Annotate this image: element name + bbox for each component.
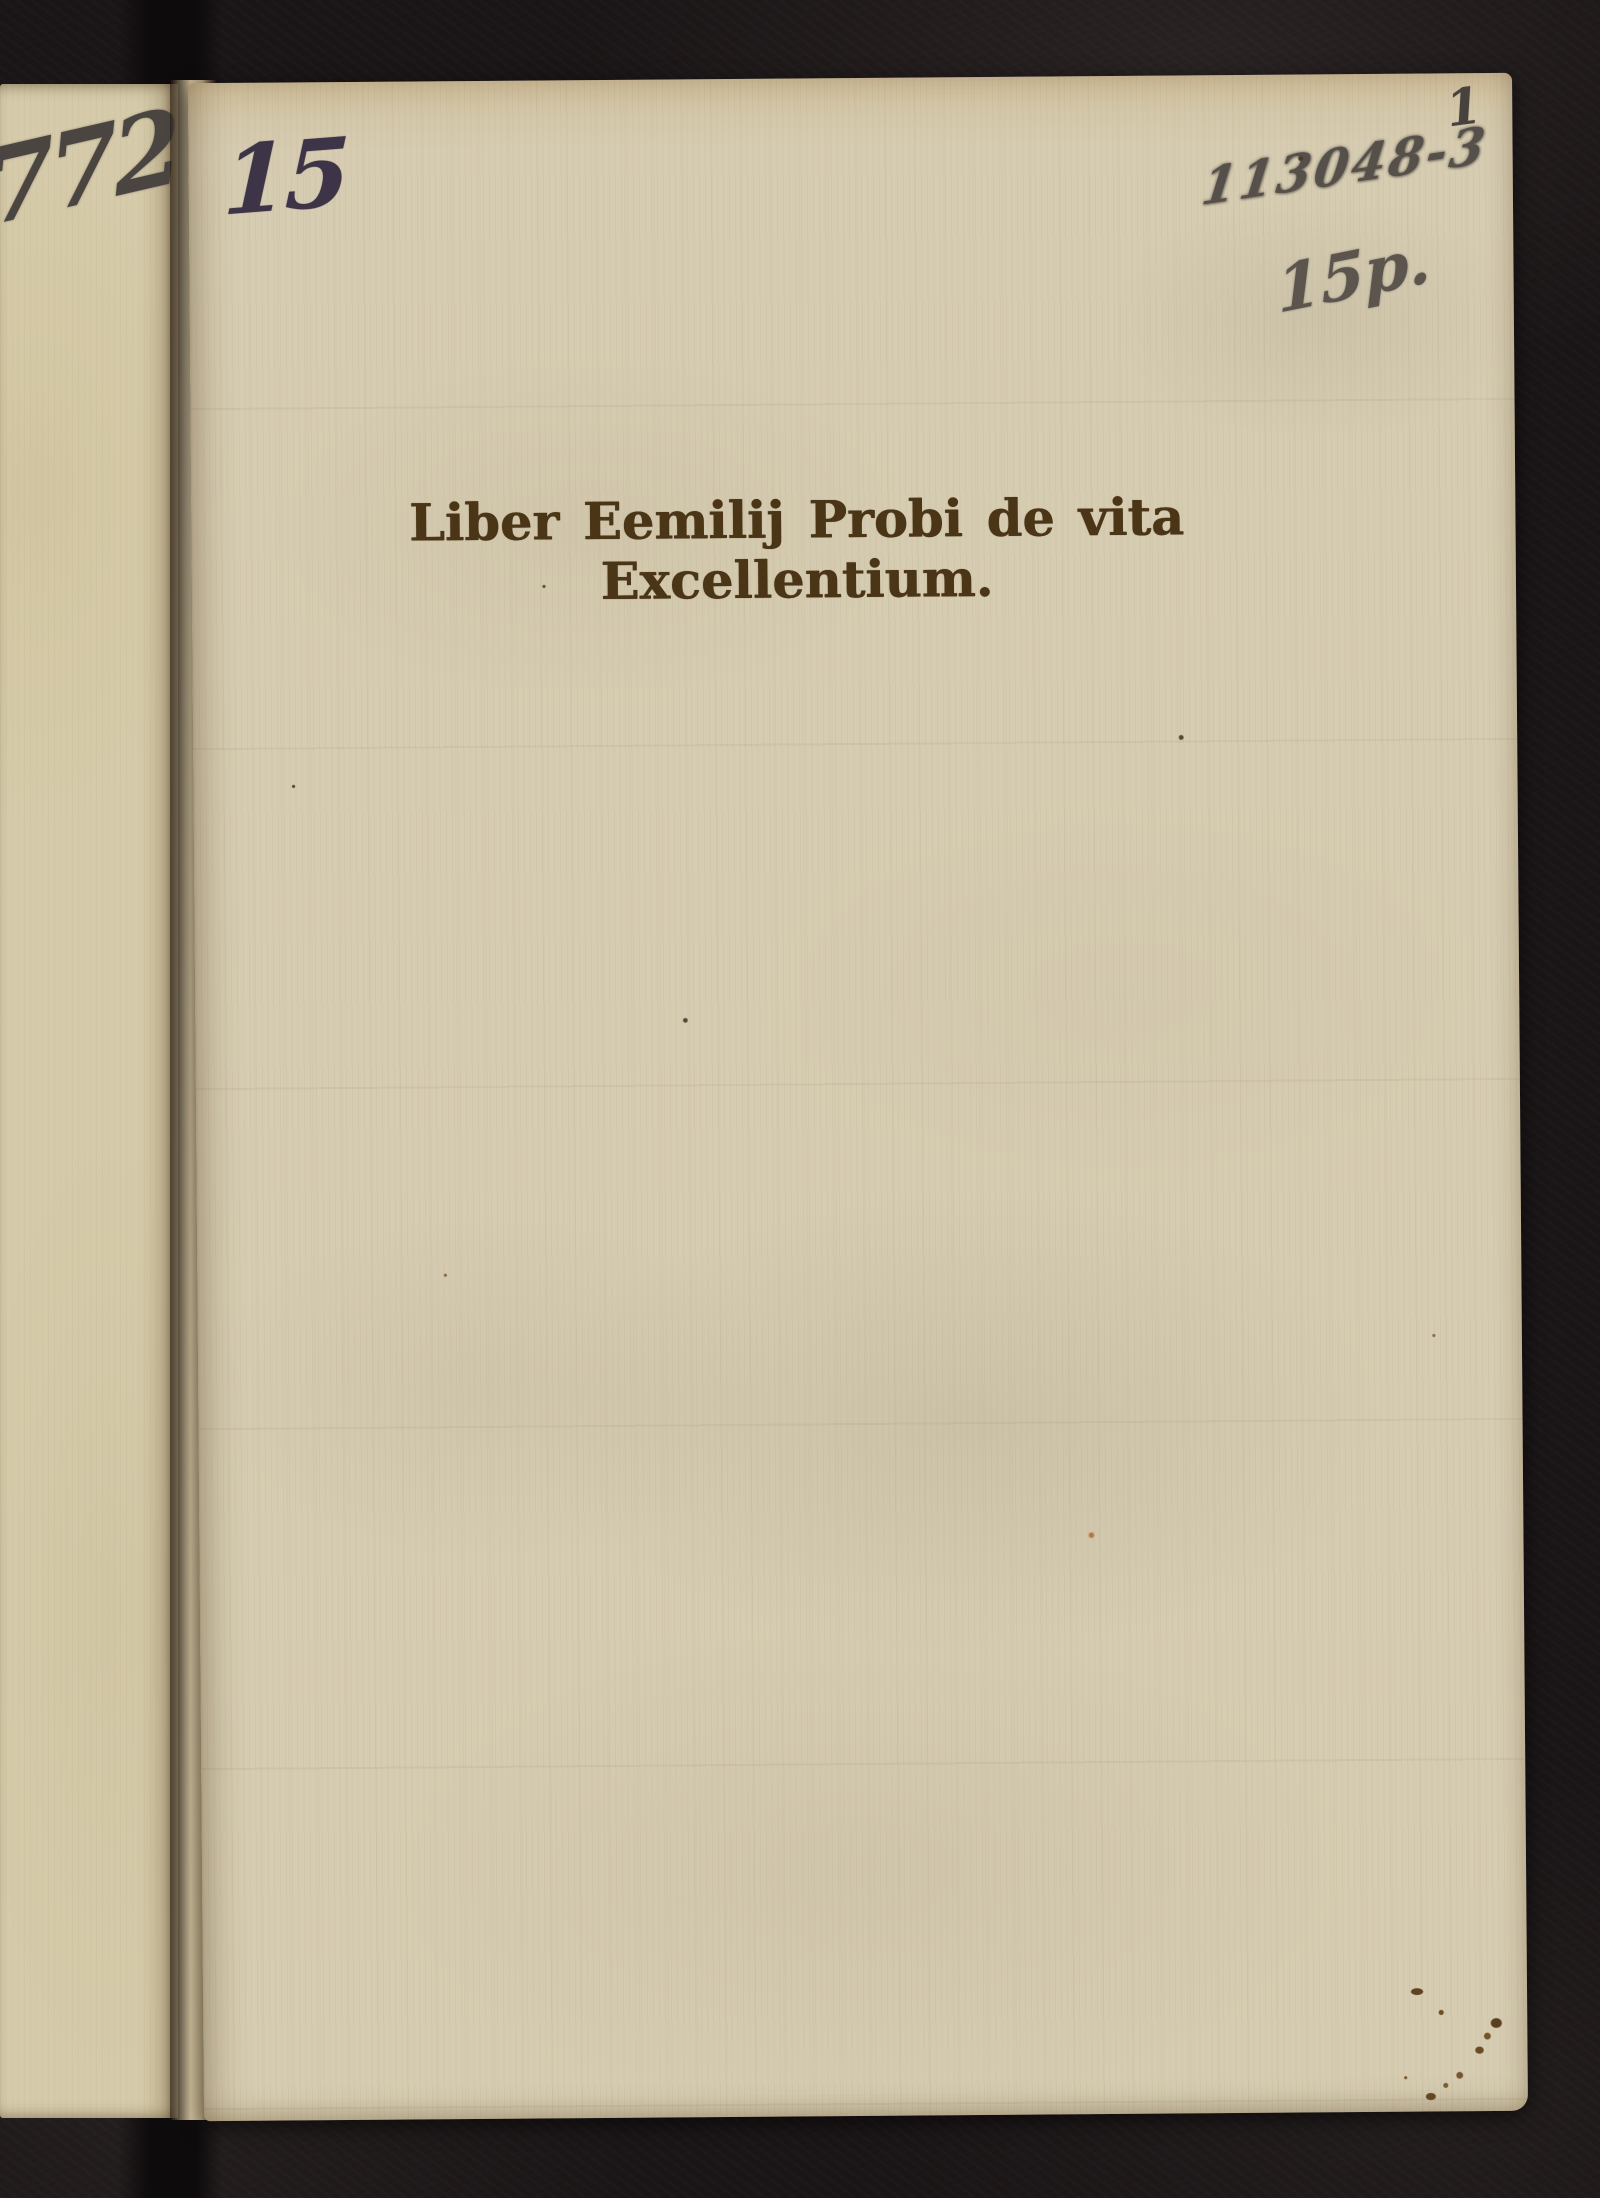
paper-specks	[188, 73, 1528, 2121]
manuscript-page: 15 1 113048-3 15p. Liber Eemilij Probi d…	[188, 73, 1528, 2121]
facing-page-edge: 772	[0, 84, 178, 2118]
pencil-number-facing-page: 772	[0, 86, 178, 251]
